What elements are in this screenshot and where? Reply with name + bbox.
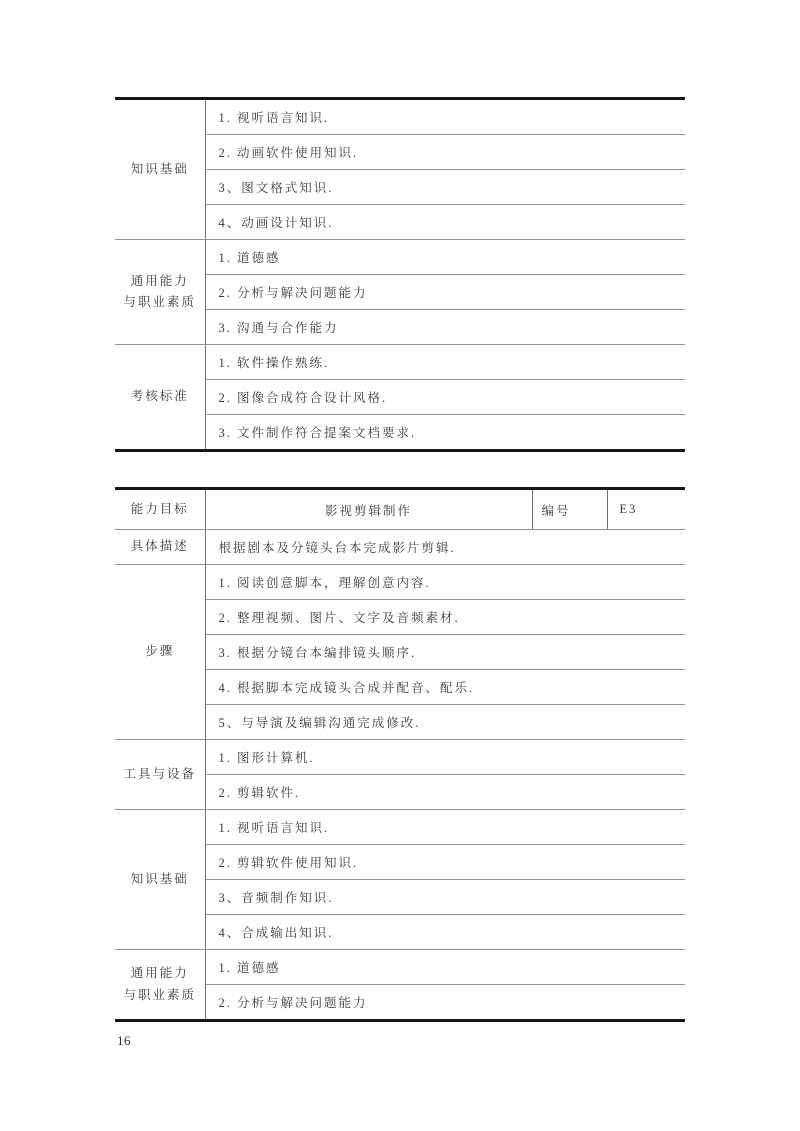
list-item: 3. 沟通与合作能力: [205, 310, 685, 345]
section-label-knowledge-base: 知识基础: [115, 99, 205, 240]
section-label-assessment-criteria: 考核标准: [115, 345, 205, 451]
section-label-general-abilities: 通用能力 与职业素质: [115, 950, 205, 1021]
list-item: 2. 剪辑软件使用知识.: [205, 845, 685, 880]
list-item: 3、图文格式知识.: [205, 170, 685, 205]
section-label-knowledge-base: 知识基础: [115, 810, 205, 950]
list-item: 2. 动画软件使用知识.: [205, 135, 685, 170]
table-header-row: 能力目标 影视剪辑制作 编号 E3: [115, 489, 685, 530]
list-item: 2. 分析与解决问题能力: [205, 985, 685, 1021]
document-page: 知识基础 1. 视听语言知识. 2. 动画软件使用知识. 3、图文格式知识. 4…: [0, 0, 800, 1131]
list-item: 3. 根据分镜台本编排镜头顺序.: [205, 635, 685, 670]
list-item: 1. 视听语言知识.: [205, 810, 685, 845]
list-item: 4. 根据脚本完成镜头合成并配音、配乐.: [205, 670, 685, 705]
table-row: 步骤 1. 阅读创意脚本，理解创意内容.: [115, 565, 685, 600]
competency-table-e3: 能力目标 影视剪辑制作 编号 E3 具体描述 根据剧本及分镜头台本完成影片剪辑.…: [115, 487, 685, 1022]
code-value: E3: [607, 489, 685, 530]
list-item: 1. 道德感: [205, 950, 685, 985]
list-item: 1. 图形计算机.: [205, 740, 685, 775]
section-label-general-abilities: 通用能力 与职业素质: [115, 240, 205, 345]
list-item: 5、与导演及编辑沟通完成修改.: [205, 705, 685, 740]
section-label-steps: 步骤: [115, 565, 205, 740]
list-item: 2. 图像合成符合设计风格.: [205, 380, 685, 415]
list-item: 4、动画设计知识.: [205, 205, 685, 240]
table-row: 具体描述 根据剧本及分镜头台本完成影片剪辑.: [115, 530, 685, 565]
page-number: 16: [117, 1033, 131, 1049]
list-item: 3、音频制作知识.: [205, 880, 685, 915]
description-text: 根据剧本及分镜头台本完成影片剪辑.: [205, 530, 685, 565]
table-row: 工具与设备 1. 图形计算机.: [115, 740, 685, 775]
list-item: 1. 软件操作熟练.: [205, 345, 685, 380]
table-row: 知识基础 1. 视听语言知识.: [115, 810, 685, 845]
section-label-tools-equipment: 工具与设备: [115, 740, 205, 810]
section-label-description: 具体描述: [115, 530, 205, 565]
table-row: 通用能力 与职业素质 1. 道德感: [115, 950, 685, 985]
list-item: 4、合成输出知识.: [205, 915, 685, 950]
table-row: 考核标准 1. 软件操作熟练.: [115, 345, 685, 380]
list-item: 1. 道德感: [205, 240, 685, 275]
list-item: 2. 分析与解决问题能力: [205, 275, 685, 310]
table-row: 知识基础 1. 视听语言知识.: [115, 99, 685, 135]
list-item: 2. 整理视频、图片、文字及音频素材.: [205, 600, 685, 635]
capability-goal-title: 影视剪辑制作: [205, 489, 532, 530]
list-item: 1. 阅读创意脚本，理解创意内容.: [205, 565, 685, 600]
capability-goal-label: 能力目标: [115, 489, 205, 530]
table-row: 通用能力 与职业素质 1. 道德感: [115, 240, 685, 275]
list-item: 1. 视听语言知识.: [205, 99, 685, 135]
competency-table-continuation: 知识基础 1. 视听语言知识. 2. 动画软件使用知识. 3、图文格式知识. 4…: [115, 97, 685, 452]
list-item: 3. 文件制作符合提案文档要求.: [205, 415, 685, 451]
list-item: 2. 剪辑软件.: [205, 775, 685, 810]
code-label: 编号: [532, 489, 607, 530]
